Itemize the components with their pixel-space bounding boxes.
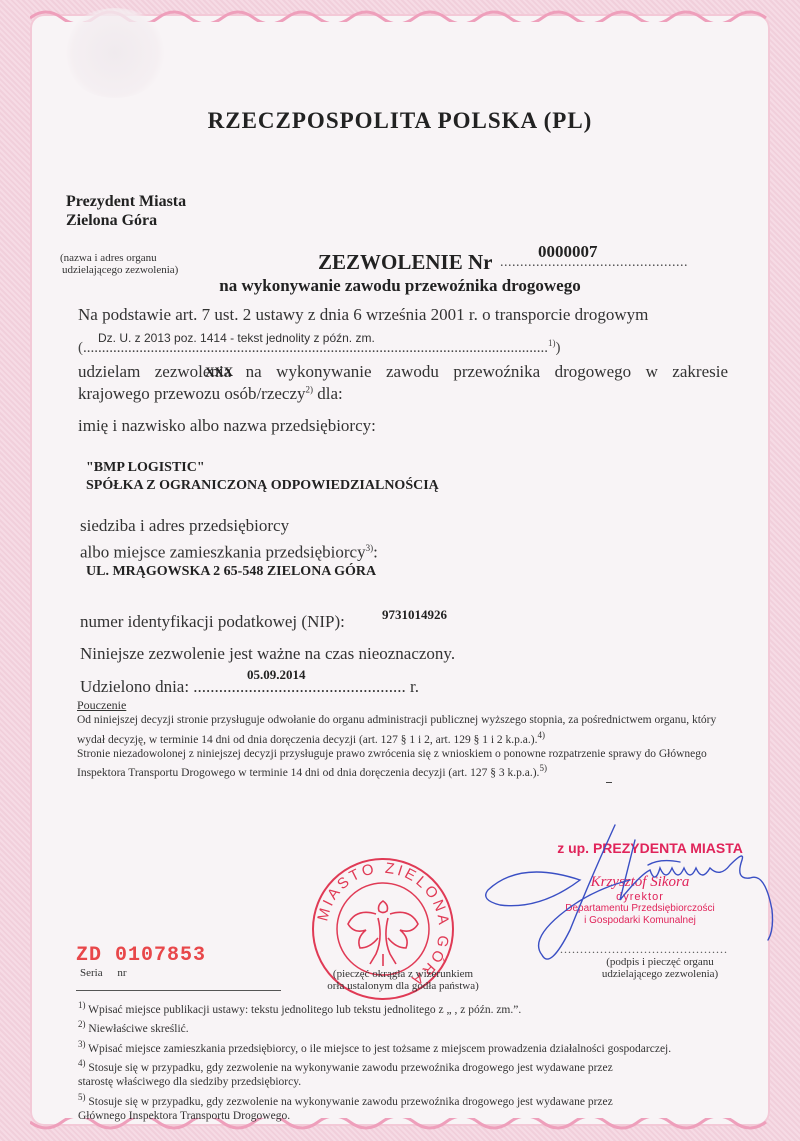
instructions-text: Od niniejszej decyzji stronie przysługuj… (77, 713, 742, 781)
footnote-ref-4: 4) (538, 730, 546, 740)
footnote-ref-1: 1) (548, 338, 556, 348)
footnote-ref-2: 2) (306, 384, 314, 394)
issuer-note-line-2: udzielającego zezwolenia) (60, 264, 178, 276)
permit-number-dots: ........................................… (500, 255, 688, 271)
legal-basis: Na podstawie art. 7 ust. 2 ustawy z dnia… (78, 305, 648, 325)
nip-label: numer identyfikacji podatkowej (NIP): (80, 612, 345, 632)
signature-caption-line-2: udzielającego zezwolenia) (560, 968, 760, 980)
footnote-5: 5) Stosuje się w przypadku, gdy zezwolen… (78, 1090, 638, 1124)
footnote-text: Wpisać miejsce publikacji ustawy: tekstu… (88, 1004, 521, 1016)
signature-dots: ........................................… (560, 942, 728, 957)
issuer-note-line-1: (nazwa i adres organu (60, 252, 178, 264)
address-label-text: albo miejsce zamieszkania przedsiębiorcy (80, 543, 366, 562)
footnote-mark: 4) (78, 1058, 86, 1068)
footnote-mark: 3) (78, 1039, 86, 1049)
footnote-4: 4) Stosuje się w przypadku, gdy zezwolen… (78, 1056, 638, 1090)
serial-number: ZD 0107853 (76, 944, 206, 967)
company-name-line-2: SPÓŁKA Z OGRANICZONĄ ODPOWIEDZIALNOŚCIĄ (86, 477, 439, 495)
issuer-line-1: Prezydent Miasta (66, 192, 186, 211)
transport-scope: krajowego przewozu osób/rzeczy (78, 384, 306, 403)
address-label-line-1: siedziba i adres przedsiębiorcy (80, 515, 378, 537)
publication-dots: (.......................................… (78, 340, 548, 356)
footnote-text: Stosuje się w przypadku, gdy zezwolenie … (78, 1062, 613, 1089)
footnote-text: Niewłaściwe skreślić. (88, 1023, 188, 1035)
serial-divider (76, 990, 281, 991)
issue-date-label: Udzielono dnia: ........................… (80, 677, 419, 697)
dash-mark (606, 782, 612, 783)
grant-line-2: krajowego przewozu osób/rzeczy2) dla: (78, 384, 343, 404)
footnote-text: Stosuje się w przypadku, gdy zezwolenie … (78, 1096, 613, 1123)
grant-line-1: udzielam zezwolenia na wykonywanie zawod… (78, 362, 728, 382)
validity-statement: Niniejsze zezwolenie jest ważne na czas … (80, 644, 455, 664)
embossed-eagle-icon (60, 8, 170, 98)
seal-caption-line-2: orła ustalonym dla godła państwa) (318, 980, 488, 992)
issuer-note: (nazwa i adres organu udzielającego zezw… (60, 252, 178, 276)
footnote-3: 3) Wpisać miejsce zamieszkania przedsięb… (78, 1037, 758, 1056)
footnote-text: Wpisać miejsce zamieszkania przedsiębior… (88, 1042, 671, 1054)
instructions-paragraph-2-text: Stronie niezadowolonej z niniejszej decy… (77, 748, 707, 779)
footnote-mark: 5) (78, 1092, 86, 1102)
company-address: UL. MRĄGOWSKA 2 65-548 ZIELONA GÓRA (86, 564, 376, 580)
footnote-ref-3: 3) (366, 543, 374, 553)
publication-dotted-line: (.......................................… (78, 338, 561, 357)
serial-label: Seria nr (80, 967, 127, 979)
company-name: "BMP LOGISTIC" SPÓŁKA Z OGRANICZONĄ ODPO… (86, 459, 439, 495)
signature-caption: (podpis i pieczęć organu udzielającego z… (560, 956, 760, 980)
footnote-mark: 2) (78, 1019, 86, 1029)
company-name-line-1: "BMP LOGISTIC" (86, 459, 439, 477)
grant-for: dla: (313, 384, 343, 403)
footnote-mark: 1) (78, 1000, 86, 1010)
instructions-paragraph-2: Stronie niezadowolonej z niniejszej decy… (77, 747, 742, 781)
instructions-paragraph-1-text: Od niniejszej decyzji stronie przysługuj… (77, 714, 716, 745)
nip-value: 9731014926 (382, 607, 447, 623)
address-label: siedziba i adres przedsiębiorcy albo mie… (80, 515, 378, 564)
signature-caption-line-1: (podpis i pieczęć organu (560, 956, 760, 968)
instructions-paragraph-1: Od niniejszej decyzji stronie przysługuj… (77, 713, 742, 747)
issuing-authority: Prezydent Miasta Zielona Góra (66, 192, 186, 230)
footnote-2: 2) Niewłaściwe skreślić. (78, 1017, 758, 1036)
name-label: imię i nazwisko albo nazwa przedsiębiorc… (78, 416, 376, 436)
footnotes: 1) Wpisać miejsce publikacji ustawy: tek… (78, 998, 758, 1124)
country-title: RZECZPOSPOLITA POLSKA (PL) (0, 108, 800, 134)
permit-subtitle: na wykonywanie zawodu przewoźnika drogow… (0, 276, 800, 296)
footnote-ref-5: 5) (539, 763, 547, 773)
seal-caption: (pieczęć okrągła z wizerunkiem orła usta… (318, 968, 488, 992)
address-label-line-2: albo miejsce zamieszkania przedsiębiorcy… (80, 537, 378, 564)
footnote-1: 1) Wpisać miejsce publikacji ustawy: tek… (78, 998, 758, 1017)
permit-title: ZEZWOLENIE Nr (318, 250, 492, 275)
strike-mark: XXX (205, 364, 233, 380)
instructions-heading: Pouczenie (77, 698, 126, 713)
issuer-line-2: Zielona Góra (66, 211, 186, 230)
seal-caption-line-1: (pieczęć okrągła z wizerunkiem (318, 968, 488, 980)
